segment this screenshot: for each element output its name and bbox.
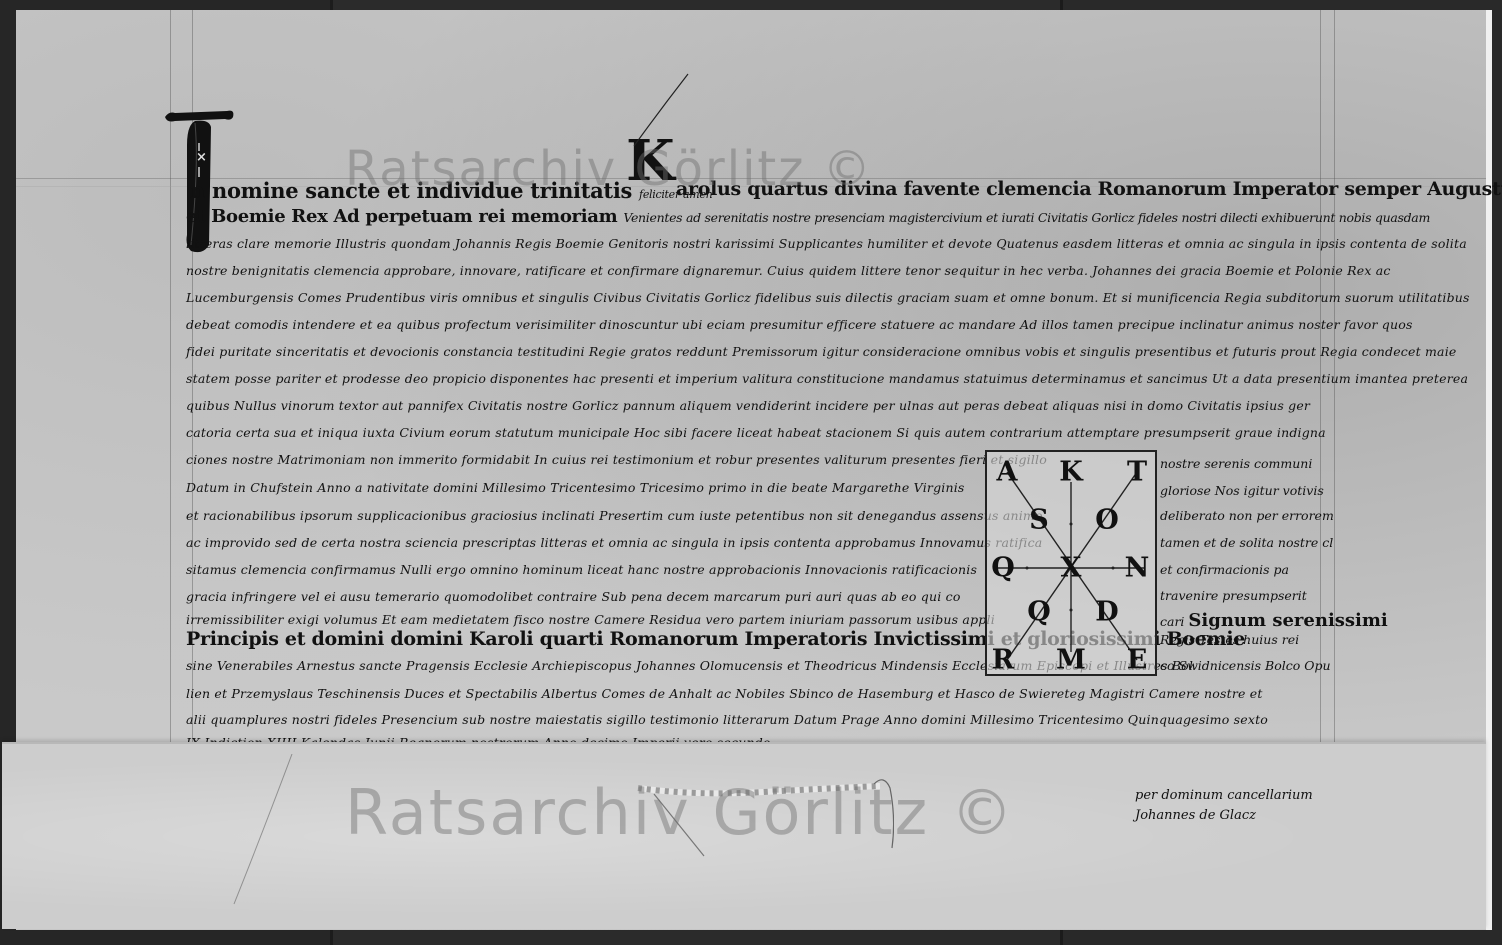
chancery-note-line-1: per dominum cancellarium (1135, 788, 1313, 803)
monogram-letter: X (1061, 555, 1082, 582)
monogram-letter: O (1095, 507, 1119, 534)
right-col-line-4: tamen et de solita nostre cl (1160, 537, 1333, 550)
datum-line: alii quamplures nostri fideles Presenciu… (186, 714, 1268, 727)
right-col-line-6: travenire presumpserit (1160, 590, 1307, 603)
right-col-line-3: deliberato non per errorem (1160, 510, 1334, 523)
monogram-letter: K (1059, 459, 1082, 486)
arenga-line: et Boemie Rex Ad perpetuam rei memoriam … (186, 208, 1430, 226)
monogram-letter: M (1056, 647, 1086, 674)
monogram-letter: S (1029, 507, 1049, 534)
text-line-3: litteras clare memorie Illustris quondam… (186, 238, 1467, 251)
right-col-line-2: gloriose Nos igitur votivis (1160, 485, 1324, 498)
monogram-letter: E (1127, 647, 1148, 674)
crease-mark-icon (222, 754, 302, 914)
monogram-letter: R (992, 647, 1014, 674)
chancery-note-line-2: Johannes de Glacz (1135, 808, 1256, 823)
watermark-top: Ratsarchiv Görlitz © (345, 145, 873, 193)
text-line-4: nostre benignitatis clemencia approbare,… (186, 265, 1391, 278)
witness-line-2: lien et Przemyslaus Teschinensis Duces e… (186, 688, 1263, 701)
right-col-line-9: co Swidnicensis Bolco Opu (1160, 660, 1331, 673)
signum-label: Signum serenissimi (1188, 610, 1387, 631)
right-col-line-1: nostre serenis communi (1160, 458, 1312, 471)
text-line-9: quibus Nullus vinorum textor aut pannife… (186, 400, 1310, 413)
text-line-17: irremissibiliter exigi volumus Et eam me… (186, 614, 995, 627)
watermark-bottom: Ratsarchiv Görlitz © (345, 782, 1015, 844)
text-line-6: debeat comodis intendere et ea quibus pr… (186, 319, 1413, 332)
monogram-letter: Q (1027, 599, 1051, 626)
text-line-12: Datum in Chufstein Anno a nativitate dom… (186, 482, 965, 495)
monogram-letter: A (997, 459, 1018, 486)
monogram-letter: T (1127, 459, 1147, 486)
text-line-7: fidei puritate sinceritatis et devocioni… (186, 346, 1456, 359)
text-line-14: ac improvido sed de certa nostra scienci… (186, 537, 1042, 550)
text-line-8: statem posse pariter et prodesse deo pro… (186, 373, 1468, 386)
text-line-16: gracia infringere vel ei ausu temerario … (186, 591, 961, 604)
svg-text:×: × (196, 150, 207, 165)
right-col-line-7: cari Signum serenissimi (1160, 612, 1388, 630)
monogram-letter: N (1125, 555, 1150, 582)
monogram-letter: D (1095, 599, 1118, 626)
text-line-11: ciones nostre Matrimoniam non immerito f… (186, 454, 1047, 467)
text-line-10: catoria certa sua et iniqua iuxta Civium… (186, 427, 1326, 440)
narratio-text: Venientes ad serenitatis nostre presenci… (623, 210, 1430, 225)
right-col-line-5: et confirmacionis pa (1160, 564, 1289, 577)
text-line-15: sitamus clemencia confirmamus Nulli ergo… (186, 564, 977, 577)
text-line-5: Lucemburgensis Comes Prudentibus viris o… (186, 292, 1470, 305)
monogram-letter: Q (991, 555, 1015, 582)
ad-perpetuam-heading: et Boemie Rex Ad perpetuam rei memoriam (186, 206, 617, 227)
imperial-monogram: A K T S O Q X N Q D R M E (985, 450, 1157, 676)
cari-text: cari (1160, 614, 1184, 629)
right-col-line-8: Regis Testes huius rei (1160, 634, 1299, 647)
text-line-13: et racionabilibus ipsorum supplicacionib… (186, 510, 1043, 523)
